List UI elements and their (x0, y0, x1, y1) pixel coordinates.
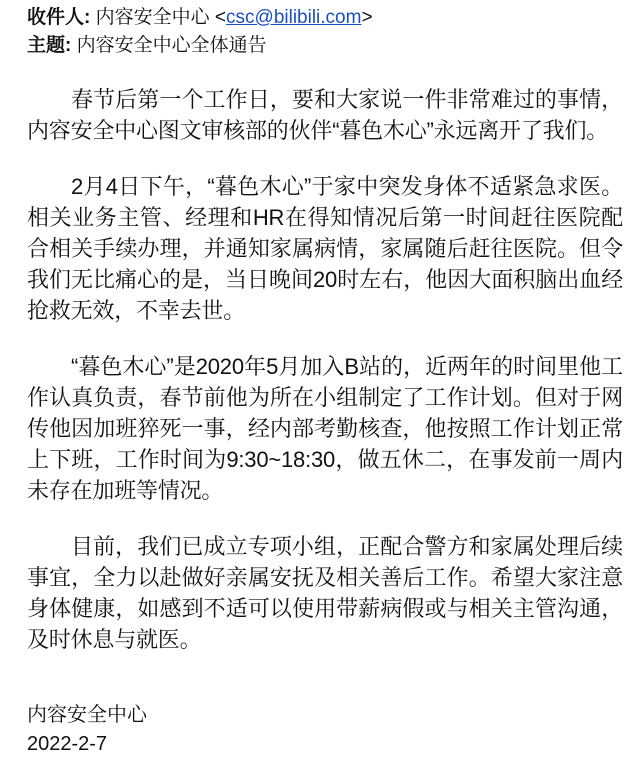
recipient-email-link[interactable]: csc@bilibili.com (226, 7, 361, 28)
subject-label: 主题 (27, 35, 65, 56)
email-message: 收件人: 内容安全中心 <csc@bilibili.com> 主题: 内容安全中… (27, 4, 623, 680)
body-paragraph-2: 2月4日下午，“暮色木心”于家中突发身体不适紧急求医。相关业务主管、经理和HR在… (27, 171, 623, 326)
body-paragraph-4: 目前，我们已成立专项小组，正配合警方和家属处理后续事宜，全力以赴做好亲属安抚及相… (27, 531, 623, 655)
signature-date: 2022-2-7 (27, 730, 147, 759)
email-open-bracket: < (215, 7, 226, 28)
email-header: 收件人: 内容安全中心 <csc@bilibili.com> 主题: 内容安全中… (27, 4, 623, 60)
subject-text: 内容安全中心全体通告 (77, 35, 267, 56)
recipient-name: 内容安全中心 (96, 7, 210, 28)
recipient-line: 收件人: 内容安全中心 <csc@bilibili.com> (27, 4, 623, 32)
subject-line: 主题: 内容安全中心全体通告 (27, 32, 623, 60)
recipient-label: 收件人 (27, 7, 84, 28)
body-paragraph-1: 春节后第一个工作日，要和大家说一件非常难过的事情，内容安全中心图文审核部的伙伴“… (27, 84, 623, 146)
email-body: 春节后第一个工作日，要和大家说一件非常难过的事情，内容安全中心图文审核部的伙伴“… (27, 84, 623, 655)
recipient-colon: : (84, 7, 90, 28)
signature-block: 内容安全中心 2022-2-7 (27, 701, 147, 759)
signature-org: 内容安全中心 (27, 701, 147, 730)
email-close-bracket: > (361, 7, 372, 28)
body-paragraph-3: “暮色木心”是2020年5月加入B站的，近两年的时间里他工作认真负责，春节前他为… (27, 351, 623, 506)
subject-colon: : (65, 35, 71, 56)
